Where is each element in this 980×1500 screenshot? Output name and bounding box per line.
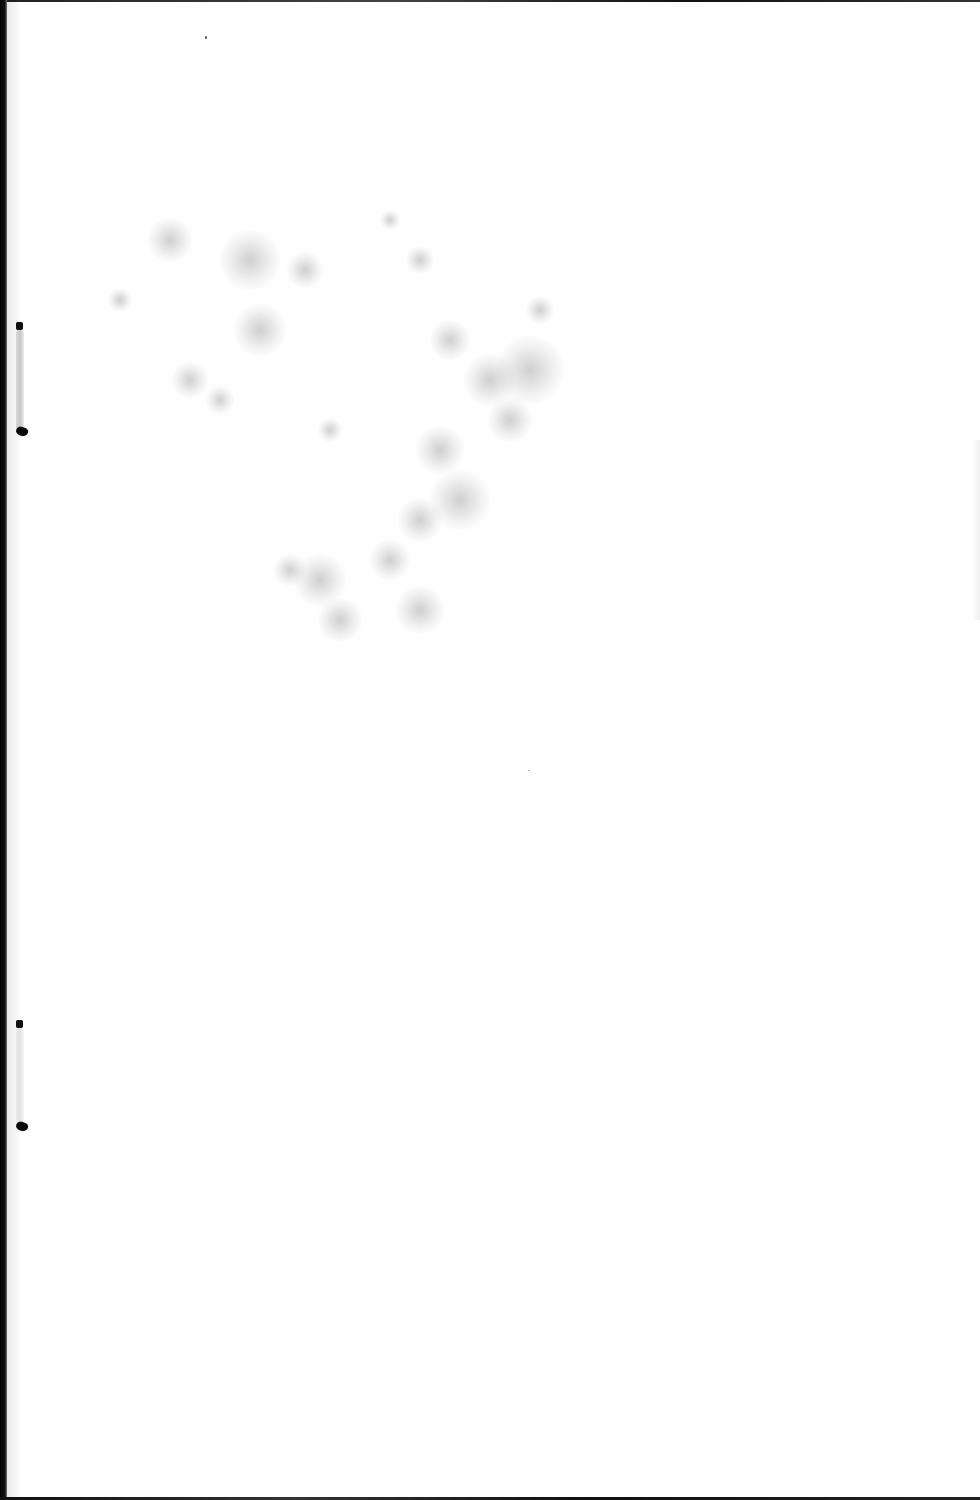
bleed-blotch <box>294 554 346 606</box>
bleed-blotch <box>274 554 306 586</box>
staple-mark-bottom <box>10 1020 28 1140</box>
bleed-blotch <box>370 540 410 580</box>
bleed-blotch <box>430 470 490 530</box>
bleed-blotch <box>148 218 192 262</box>
binding-edge <box>0 0 7 1500</box>
bleed-blotch <box>398 498 442 542</box>
bleed-blotch <box>172 362 208 398</box>
bleed-blotch <box>206 386 234 414</box>
binding-shadow <box>7 0 21 1500</box>
bleed-blotch <box>396 586 444 634</box>
staple-top-end <box>16 322 23 330</box>
paper-speck <box>205 36 207 39</box>
bleed-blotch <box>464 354 516 406</box>
staple-mark-top <box>10 322 28 442</box>
bleed-blotch <box>416 426 464 474</box>
bleed-blotch <box>496 336 564 404</box>
bleed-blotch <box>430 320 470 360</box>
bleed-blotch <box>488 398 532 442</box>
bleed-blotch <box>318 418 342 442</box>
staple-top-end <box>16 1020 23 1028</box>
bleed-blotch <box>406 246 434 274</box>
bleed-through-marks <box>90 200 570 680</box>
page-top-edge <box>0 0 980 2</box>
staple-bottom-end <box>15 425 29 438</box>
staple-body <box>16 330 24 430</box>
page-right-edge-shadow <box>972 440 980 620</box>
bleed-blotch <box>234 304 286 356</box>
bleed-blotch <box>526 296 554 324</box>
scanned-blank-page <box>0 0 980 1500</box>
bleed-blotch <box>318 598 362 642</box>
staple-bottom-end <box>15 1120 29 1133</box>
bleed-blotch <box>220 230 280 290</box>
staple-body <box>16 1028 24 1123</box>
bleed-blotch <box>108 288 132 312</box>
paper-speck <box>528 770 530 771</box>
bleed-blotch <box>287 252 323 288</box>
bleed-blotch <box>380 210 400 230</box>
